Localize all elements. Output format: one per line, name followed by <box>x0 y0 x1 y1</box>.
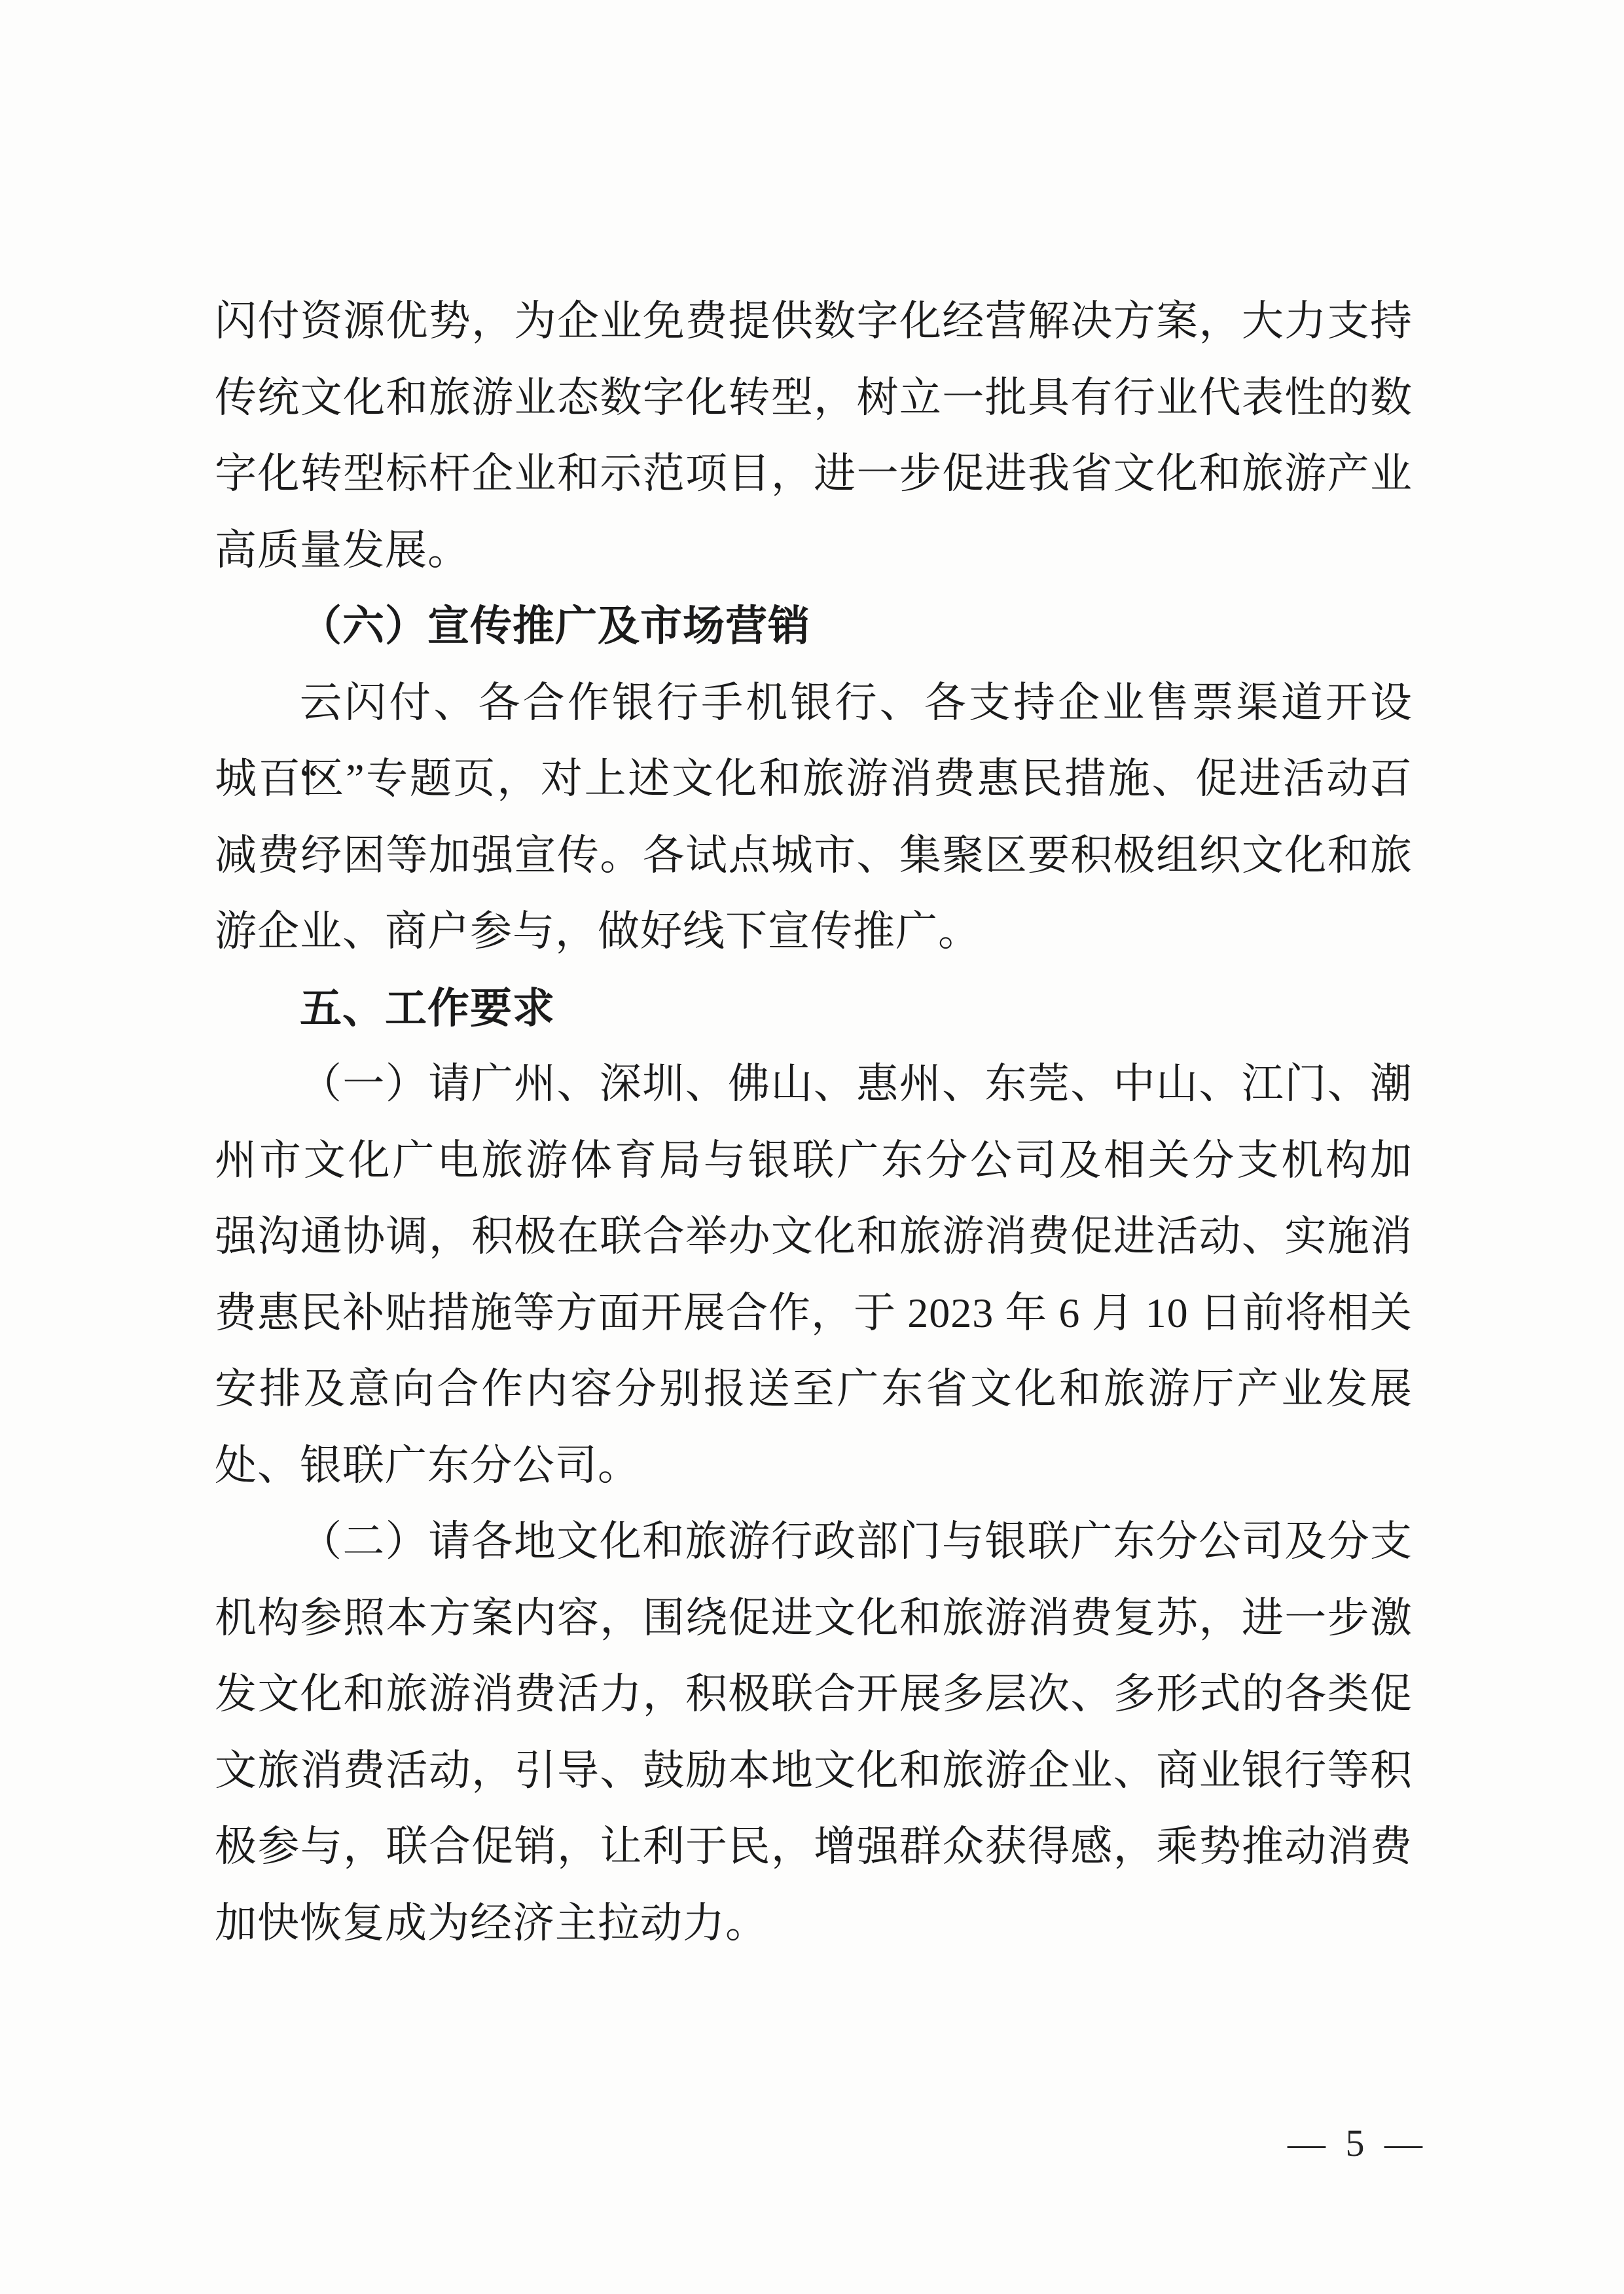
section-heading: 五、工作要求 <box>215 970 1413 1047</box>
paragraph: 云闪付、各合作银行手机银行、各支持企业售票渠道开设“百城百区”专题页，对上述文化… <box>215 665 1413 970</box>
document-line: 发文化和旅游消费活力，积极联合开展多层次、多形式的各类促 <box>215 1656 1413 1733</box>
document-line: 安排及意向合作内容分别报送至广东省文化和旅游厅产业发展 <box>215 1351 1413 1428</box>
document-line: 云闪付、各合作银行手机银行、各支持企业售票渠道开设“百 <box>215 665 1413 742</box>
document-line: 强沟通协调，积极在联合举办文化和旅游消费促进活动、实施消 <box>215 1199 1413 1275</box>
document-line: 游企业、商户参与，做好线下宣传推广。 <box>215 894 1413 970</box>
document-line: 五、工作要求 <box>215 970 1413 1047</box>
document-line: 极参与，联合促销，让利于民，增强群众获得感，乘势推动消费 <box>215 1809 1413 1885</box>
document-line: 减费纾困等加强宣传。各试点城市、集聚区要积极组织文化和旅 <box>215 818 1413 894</box>
paragraph: （一）请广州、深圳、佛山、惠州、东莞、中山、江门、潮州市文化广电旅游体育局与银联… <box>215 1046 1413 1504</box>
document-line: 高质量发展。 <box>215 513 1413 589</box>
document-line: 城百区”专题页，对上述文化和旅游消费惠民措施、促进活动、 <box>215 741 1413 818</box>
document-line: （六）宣传推广及市场营销 <box>215 589 1413 665</box>
document-line: 机构参照本方案内容，围绕促进文化和旅游消费复苏，进一步激 <box>215 1580 1413 1657</box>
document-line: 文旅消费活动，引导、鼓励本地文化和旅游企业、商业银行等积 <box>215 1733 1413 1810</box>
document-body: 闪付资源优势，为企业免费提供数字化经营解决方案，大力支持传统文化和旅游业态数字化… <box>215 283 1413 1961</box>
page-number: — 5 — <box>1288 2117 1428 2170</box>
document-line: 处、银联广东分公司。 <box>215 1428 1413 1504</box>
sub-section-heading: （六）宣传推广及市场营销 <box>215 589 1413 665</box>
document-line: 州市文化广电旅游体育局与银联广东分公司及相关分支机构加 <box>215 1123 1413 1199</box>
paragraph: （二）请各地文化和旅游行政部门与银联广东分公司及分支机构参照本方案内容，围绕促进… <box>215 1504 1413 1961</box>
document-line: （一）请广州、深圳、佛山、惠州、东莞、中山、江门、潮 <box>215 1046 1413 1123</box>
document-line: （二）请各地文化和旅游行政部门与银联广东分公司及分支 <box>215 1504 1413 1580</box>
document-line: 费惠民补贴措施等方面开展合作，于 2023 年 6 月 10 日前将相关 <box>215 1275 1413 1352</box>
paragraph-continuation: 闪付资源优势，为企业免费提供数字化经营解决方案，大力支持传统文化和旅游业态数字化… <box>215 283 1413 589</box>
document-line: 字化转型标杆企业和示范项目，进一步促进我省文化和旅游产业 <box>215 436 1413 513</box>
document-line: 传统文化和旅游业态数字化转型，树立一批具有行业代表性的数 <box>215 360 1413 437</box>
document-page: 闪付资源优势，为企业免费提供数字化经营解决方案，大力支持传统文化和旅游业态数字化… <box>0 0 1624 2294</box>
document-line: 闪付资源优势，为企业免费提供数字化经营解决方案，大力支持 <box>215 283 1413 360</box>
document-line: 加快恢复成为经济主拉动力。 <box>215 1885 1413 1962</box>
